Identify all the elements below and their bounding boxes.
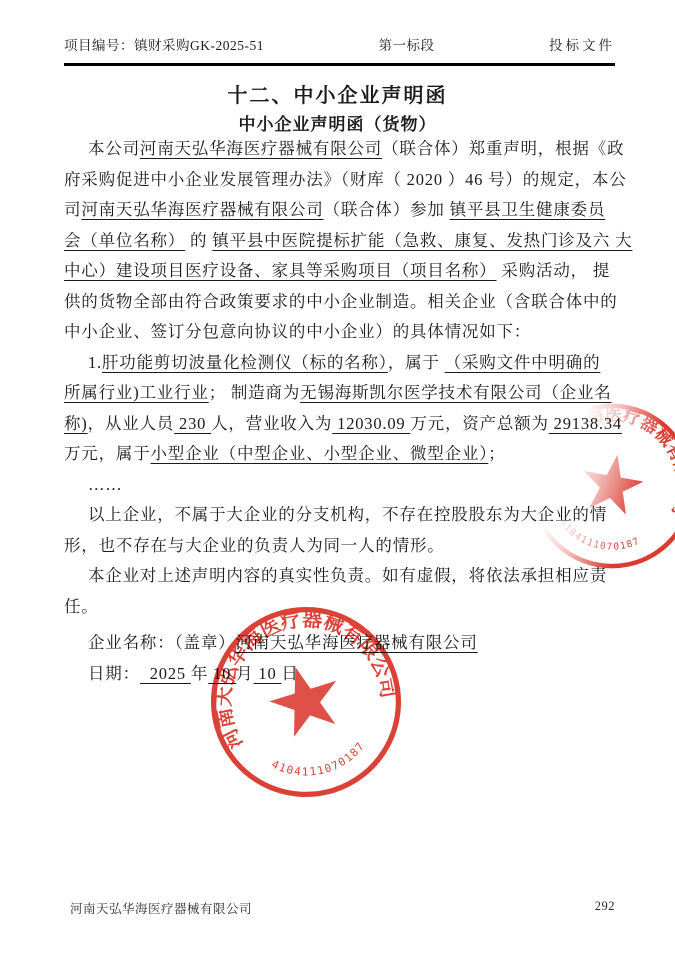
text-line: 日期： 2025 年 10 月 10 日	[64, 659, 620, 690]
seal-number-text: 4104111070187	[267, 731, 372, 791]
text-line: 供的货物全部由符合政策要求的中小企业制造。相关企业（含联合体中的	[64, 287, 620, 318]
footer-page-number: 292	[595, 899, 615, 917]
header-doc-type: 投标文件	[549, 34, 615, 54]
text-line: 1.肝功能剪切波量化检测仪（标的名称），属于 （采购文件中明确的	[64, 348, 620, 379]
text-line: 本企业对上述声明内容的真实性负责。如有虚假，将依法承担相应责	[64, 561, 620, 592]
text-line: 中心）建设项目医疗设备、家具等采购项目（项目名称） 采购活动， 提	[64, 256, 620, 287]
text-line: 任。	[64, 592, 620, 623]
svg-text:4104111070187: 4104111070187	[267, 731, 372, 791]
header-section-label: 第一标段	[379, 34, 435, 54]
text-line: ……	[64, 470, 620, 501]
page-footer: 河南天弘华海医疗器械有限公司 292	[70, 899, 615, 917]
text-line: 所属行业)工业行业； 制造商为无锡海斯凯尔医学技术有限公司（企业名	[64, 378, 620, 409]
text-line: 企业名称：（盖章）河南天弘华海医疗器械有限公司	[64, 628, 620, 659]
signature-block: 企业名称：（盖章）河南天弘华海医疗器械有限公司日期： 2025 年 10 月 1…	[64, 628, 620, 689]
page-subtitle: 中小企业声明函（货物）	[0, 110, 675, 135]
header-project-number: 项目编号：镇财采购GK-2025-51	[64, 34, 264, 54]
text-line: 称)，从业人员 230 人，营业收入为 12030.09 万元，资产总额为 29…	[64, 409, 620, 440]
text-line: 以上企业，不属于大企业的分支机构，不存在控股股东为大企业的情	[64, 500, 620, 531]
text-line: 万元，属于小型企业（中型企业、小型企业、微型企业）；	[64, 439, 620, 470]
text-line: 形，也不存在与大企业的负责人为同一人的情形。	[64, 531, 620, 562]
text-line: 府采购促进中小企业发展管理办法》（财库（ 2020 ）46 号）的规定，本公	[64, 165, 620, 196]
declaration-body: 本公司河南天弘华海医疗器械有限公司（联合体）郑重声明，根据《政府采购促进中小企业…	[64, 134, 620, 622]
footer-company-name: 河南天弘华海医疗器械有限公司	[70, 899, 252, 917]
text-line: 中小企业、签订分包意向协议的中小企业）的具体情况如下：	[64, 317, 620, 348]
page-header: 项目编号：镇财采购GK-2025-51 第一标段 投标文件	[64, 34, 615, 66]
document-page: 项目编号：镇财采购GK-2025-51 第一标段 投标文件 十二、中小企业声明函…	[0, 0, 675, 954]
text-line: 司河南天弘华海医疗器械有限公司（联合体）参加 镇平县卫生健康委员	[64, 195, 620, 226]
text-line: 会（单位名称） 的 镇平县中医院提标扩能（急救、康复、发热门诊及六 大	[64, 226, 620, 257]
text-line: 本公司河南天弘华海医疗器械有限公司（联合体）郑重声明，根据《政	[64, 134, 620, 165]
page-title: 十二、中小企业声明函	[0, 79, 675, 108]
